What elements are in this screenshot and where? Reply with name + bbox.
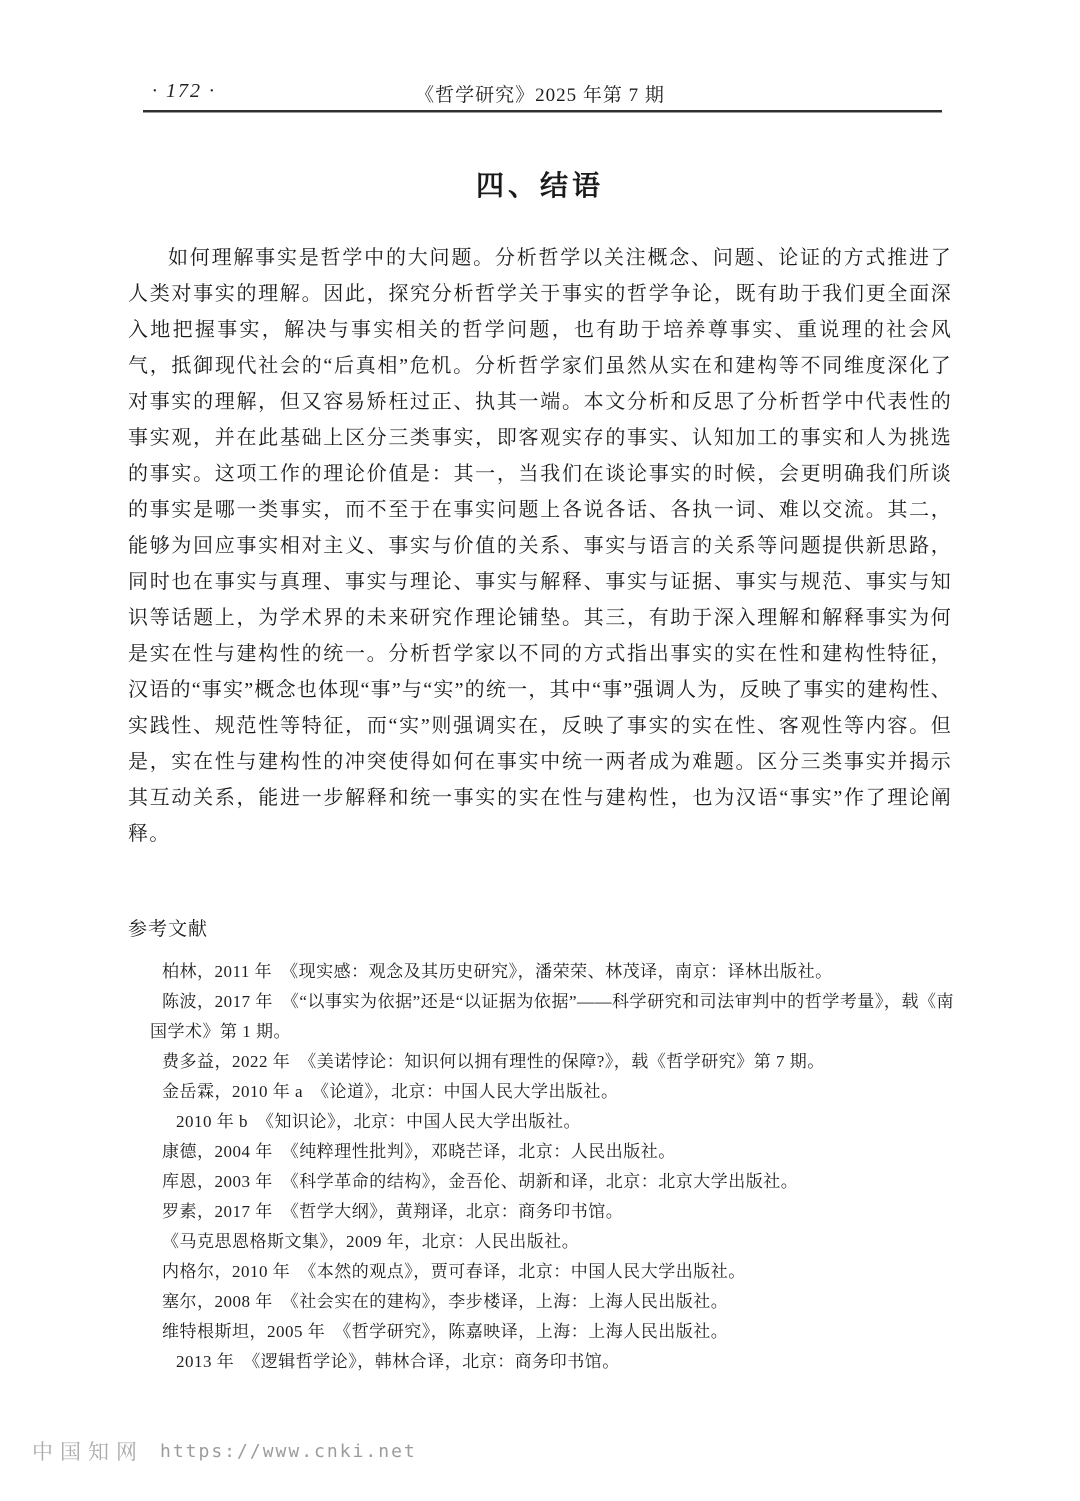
references-section: 参考文献 柏林，2011 年 《现实感：观念及其历史研究》，潘荣荣、林茂译，南京… (128, 914, 954, 1377)
reference-item: 库恩，2003 年 《科学革命的结构》，金吾伦、胡新和译，北京：北京大学出版社。 (128, 1167, 954, 1197)
reference-item: 陈波，2017 年 《“以事实为依据”还是“以证据为依据”——科学研究和司法审判… (128, 987, 954, 1047)
header-divider (143, 110, 942, 113)
watermark-site-name: 中国知网 (32, 1436, 144, 1466)
reference-item: 2010 年 b 《知识论》，北京：中国人民大学出版社。 (128, 1107, 954, 1137)
reference-item: 柏林，2011 年 《现实感：观念及其历史研究》，潘荣荣、林茂译，南京：译林出版… (128, 957, 954, 987)
reference-item: 金岳霖，2010 年 a 《论道》，北京：中国人民大学出版社。 (128, 1077, 954, 1107)
conclusion-paragraph: 如何理解事实是哲学中的大问题。分析哲学以关注概念、问题、论证的方式推进了人类对事… (128, 240, 952, 852)
reference-item: 塞尔，2008 年 《社会实在的建构》，李步楼译，上海：上海人民出版社。 (128, 1287, 954, 1317)
section-title: 四、结语 (0, 164, 1080, 204)
reference-item: 《马克思恩格斯文集》，2009 年，北京：人民出版社。 (128, 1227, 954, 1257)
reference-item: 费多益，2022 年 《美诺悖论：知识何以拥有理性的保障?》，载《哲学研究》第 … (128, 1047, 954, 1077)
reference-item: 2013 年 《逻辑哲学论》，韩林合译，北京：商务印书馆。 (128, 1347, 954, 1377)
document-page: · 172 · 《哲学研究》2025 年第 7 期 四、结语 如何理解事实是哲学… (0, 0, 1080, 1501)
reference-item: 康德，2004 年 《纯粹理性批判》，邓晓芒译，北京：人民出版社。 (128, 1137, 954, 1167)
reference-item: 维特根斯坦，2005 年 《哲学研究》，陈嘉映译，上海：上海人民出版社。 (128, 1317, 954, 1347)
reference-item: 内格尔，2010 年 《本然的观点》，贾可春译，北京：中国人民大学出版社。 (128, 1257, 954, 1287)
reference-item: 罗素，2017 年 《哲学大纲》，黄翔译，北京：商务印书馆。 (128, 1197, 954, 1227)
references-heading: 参考文献 (128, 914, 954, 941)
references-list: 柏林，2011 年 《现实感：观念及其历史研究》，潘荣荣、林茂译，南京：译林出版… (128, 957, 954, 1377)
journal-issue-header: 《哲学研究》2025 年第 7 期 (0, 80, 1080, 107)
watermark-site-url: https://www.cnki.net (160, 1441, 417, 1462)
